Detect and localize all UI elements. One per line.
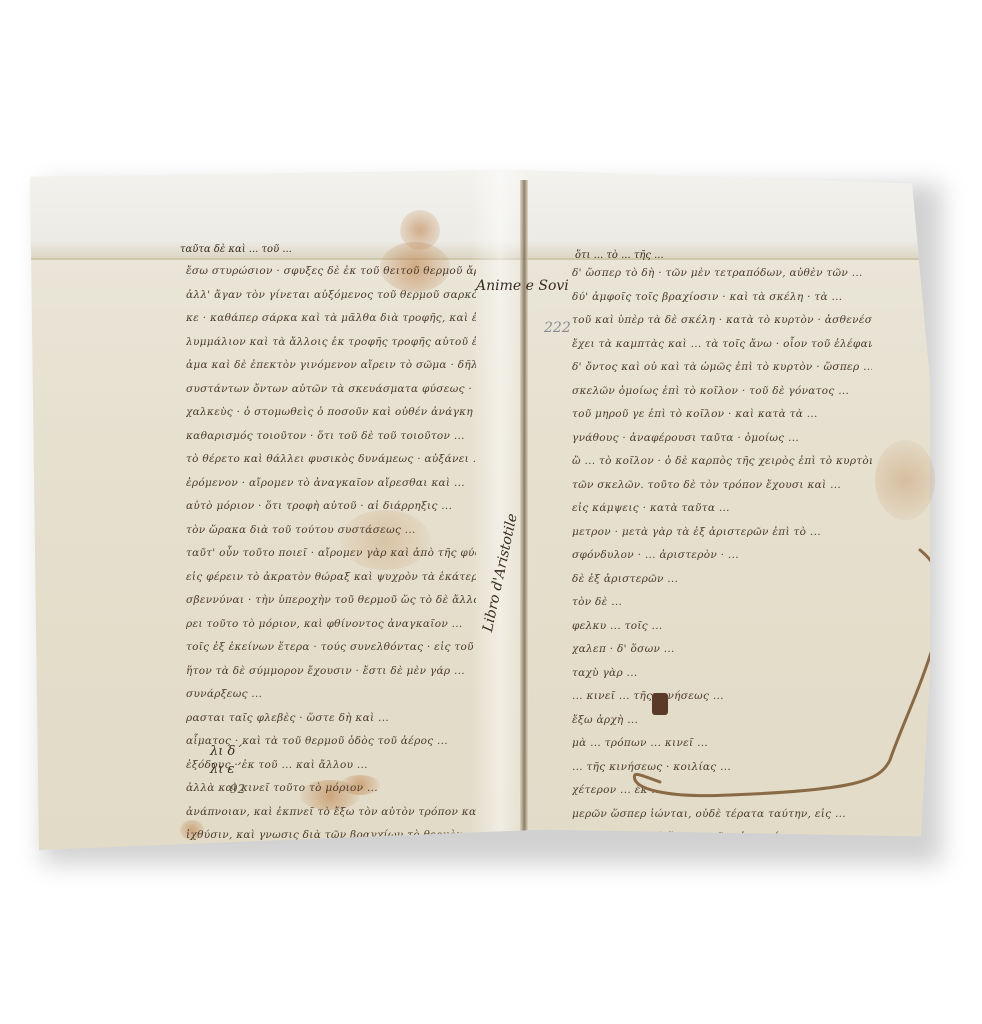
text-line: τέροις ἐκκ · τὸν αὐτὸν τρόπον, καὶ ὅσα π… [572, 873, 872, 897]
manuscript-bifolium: ταῦτα δὲ καὶ ... τοῦ ... ὅτι ... τὸ ... … [30, 170, 930, 850]
binding-thread [30, 170, 930, 850]
